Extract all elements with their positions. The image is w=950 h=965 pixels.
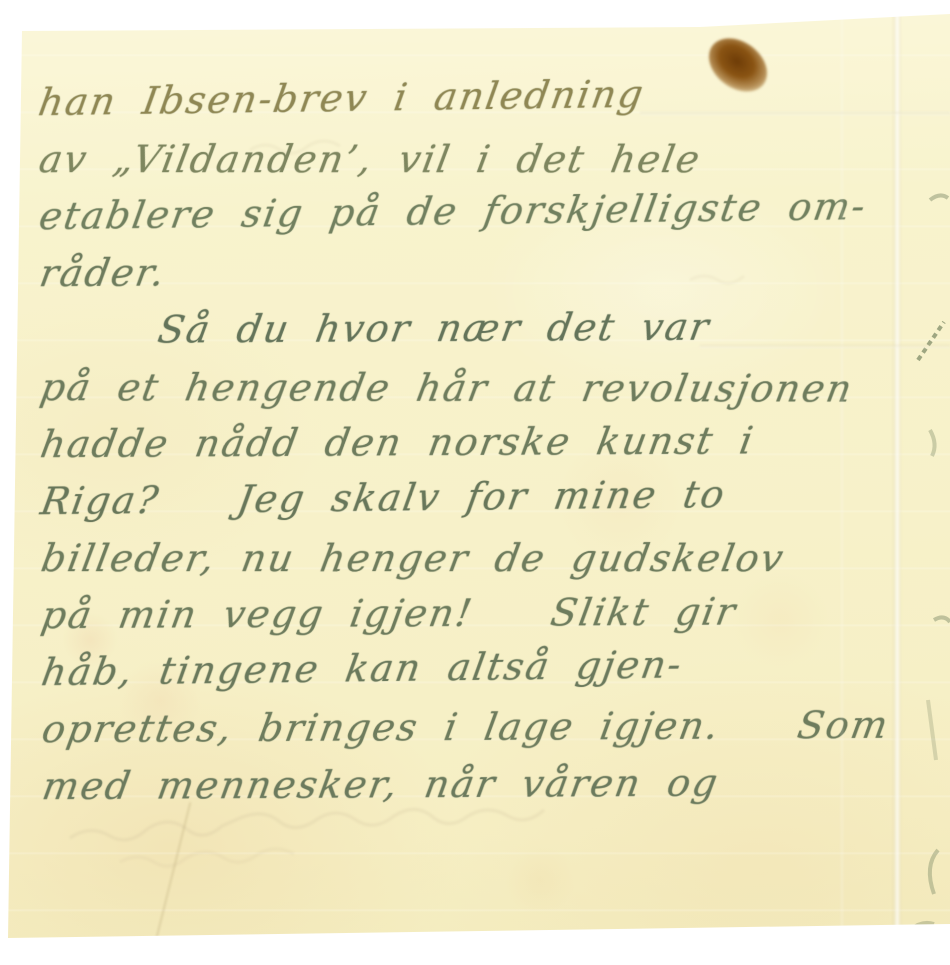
horizontal-fold-top — [640, 112, 950, 115]
handwriting-line: hadde nådd den norske kunst i — [36, 412, 936, 474]
handwriting-line: etablere sig på de forskjelligste om- — [35, 177, 935, 245]
handwriting-line: råder. — [35, 241, 935, 303]
handwriting-line: Riga? Jeg skalv for mine to — [36, 464, 936, 530]
horizontal-fold-mid — [700, 345, 950, 348]
handwriting-line: Så du hvor nær det var — [154, 298, 936, 359]
letter-scan: han Ibsen-brev i anledningav „Vildanden’… — [0, 0, 950, 965]
handwriting-block: han Ibsen-brev i anledningav „Vildanden’… — [34, 70, 928, 816]
handwriting-line: håb, tingene kan altså gjen- — [37, 633, 937, 701]
handwriting-line: med mennesker, når våren og — [38, 754, 938, 816]
handwriting-line: billeder, nu henger de gudskelov — [37, 530, 936, 587]
vertical-crease-faint — [840, 0, 844, 965]
vertical-crease — [893, 0, 901, 965]
paper-sheet: han Ibsen-brev i anledningav „Vildanden’… — [0, 0, 950, 965]
handwriting-line: på et hengende hår at revolusjonen — [36, 359, 935, 418]
handwriting-line: han Ibsen-brev i anledning — [34, 62, 935, 131]
handwriting-line: oprettes, bringes i lage igjen. Som — [38, 697, 938, 759]
